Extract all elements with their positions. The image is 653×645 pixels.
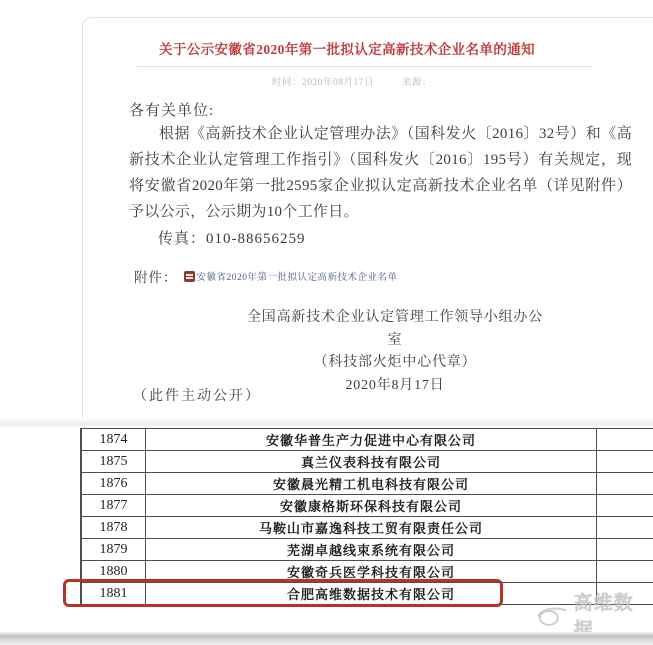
bottom-edge-band (0, 632, 653, 645)
table-cell-cutoff (597, 539, 653, 560)
table-row: 1880安徽奇兵医学科技有限公司 (80, 561, 653, 583)
row-number: 1880 (80, 561, 146, 582)
company-name: 马鞍山市嘉逸科技工贸有限责任公司 (146, 517, 597, 538)
signer-name: 全国高新技术企业认定管理工作领导小组办公室 (240, 307, 550, 352)
table-row: 1875真兰仪表科技有限公司 (80, 451, 653, 473)
table-row: 1874安徽华普生产力促进中心有限公司 (80, 429, 653, 451)
company-name: 安徽奇兵医学科技有限公司 (146, 561, 597, 582)
signature-block: 全国高新技术企业认定管理工作领导小组办公室 （科技部火炬中心代章） 2020年8… (240, 307, 550, 397)
table-cell-cutoff (597, 561, 653, 582)
attachment-label: 附件： (134, 266, 178, 286)
table-cell-cutoff (597, 495, 653, 516)
table-cell-cutoff (597, 451, 653, 472)
notice-title: 关于公示安徽省2020年第一批拟认定高新技术企业名单的通知 (82, 38, 612, 58)
meta-time: 时间：2020年08月17日 (272, 78, 374, 88)
document-file-icon (184, 271, 195, 282)
table-row: 1878马鞍山市嘉逸科技工贸有限责任公司 (80, 517, 653, 539)
row-number: 1874 (80, 429, 146, 450)
disclosure-note: （此件主动公开） (133, 385, 261, 405)
table-cell-cutoff (597, 473, 653, 494)
company-name: 合肥高维数据技术有限公司 (146, 583, 597, 604)
row-number: 1878 (80, 517, 146, 538)
enterprise-table: 1874安徽华普生产力促进中心有限公司1875真兰仪表科技有限公司1876安徽晨… (80, 428, 653, 605)
notice-page: 关于公示安徽省2020年第一批拟认定高新技术企业名单的通知 时间：2020年08… (0, 0, 653, 645)
signer-note: （科技部火炬中心代章） (240, 352, 550, 375)
row-number: 1877 (80, 495, 146, 516)
table-cell-cutoff (597, 517, 653, 538)
table-cell-cutoff (597, 429, 653, 450)
gaowei-logo-icon (534, 601, 574, 629)
notice-meta: 时间：2020年08月17日来源： (82, 74, 622, 88)
notice-body-paragraph: 根据《高新技术企业认定管理办法》（国科发火〔2016〕32号）和《高新技术企业认… (129, 121, 632, 225)
company-name: 安徽华普生产力促进中心有限公司 (146, 429, 597, 450)
fax-line: 传真：010-88656259 (158, 227, 306, 248)
attachment-line: 附件： 安徽省2020年第一批拟认定高新技术企业名单 (134, 266, 398, 286)
table-row: 1877安徽康格斯环保科技有限公司 (80, 495, 653, 517)
company-name: 安徽康格斯环保科技有限公司 (146, 495, 597, 516)
meta-source: 来源： (402, 78, 432, 88)
table-row: 1879芜湖卓越线束系统有限公司 (80, 539, 653, 561)
row-number: 1879 (80, 539, 146, 560)
table-row: 1876安徽晨光精工机电科技有限公司 (80, 473, 653, 495)
company-name: 真兰仪表科技有限公司 (146, 451, 597, 472)
attachment-link[interactable]: 安徽省2020年第一批拟认定高新技术企业名单 (197, 269, 398, 283)
row-number: 1881 (80, 583, 146, 604)
sign-date: 2020年8月17日 (240, 375, 550, 398)
screenshot-seam (0, 418, 653, 428)
title-divider (137, 66, 592, 67)
salutation: 各有关单位: (129, 99, 214, 120)
row-number: 1875 (80, 451, 146, 472)
company-name: 安徽晨光精工机电科技有限公司 (146, 473, 597, 494)
row-number: 1876 (80, 473, 146, 494)
company-name: 芜湖卓越线束系统有限公司 (146, 539, 597, 560)
